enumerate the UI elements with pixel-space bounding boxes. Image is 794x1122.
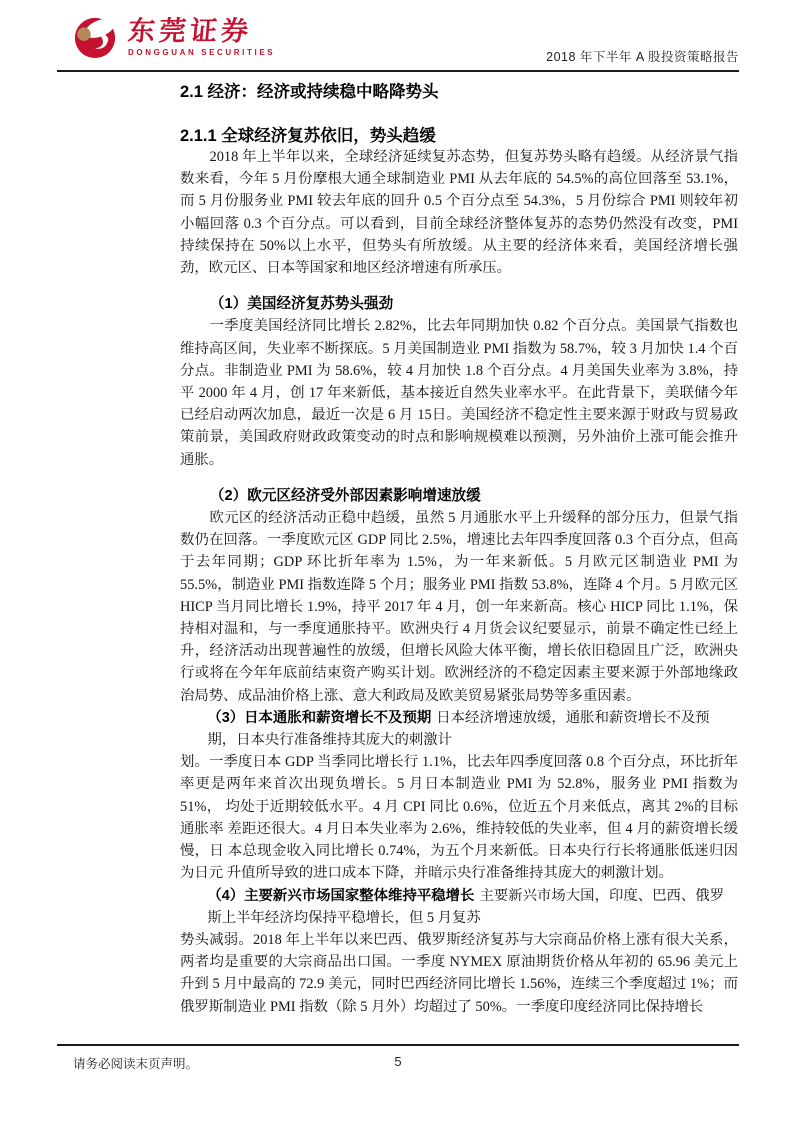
company-logo: 东莞证券 DONGGUAN SECURITIES: [71, 14, 275, 60]
point-3-lead-text: 日本经济增速放缓，通胀和薪资增长不及预: [436, 710, 709, 726]
dongguan-logo-icon: [71, 14, 119, 60]
page-number: 5: [57, 1054, 739, 1069]
point-3-heading: （3）日本通胀和薪资增长不及预期: [207, 710, 431, 726]
point-3-carryover-line: 期，日本央行准备维持其庞大的刺激计: [180, 729, 738, 751]
section-heading: 2.1 经济：经济或持续稳中略降势头: [180, 78, 738, 102]
point-4-heading: （4）主要新兴市场国家整体维持平稳增长: [207, 888, 474, 904]
point-3-paragraph: 划。一季度日本 GDP 当季同比增长行 1.1%，比去年四季度回落 0.8 个百…: [180, 751, 738, 884]
point-1-paragraph: 一季度美国经济同比增长 2.82%，比去年同期加快 0.82 个百分点。美国景气…: [180, 315, 738, 470]
point-2-heading: （2）欧元区经济受外部因素影响增速放缓: [180, 485, 738, 507]
point-3-heading-line: （3）日本通胀和薪资增长不及预期日本经济增速放缓，通胀和薪资增长不及预: [180, 707, 738, 729]
logo-text: 东莞证券 DONGGUAN SECURITIES: [128, 18, 275, 57]
report-title: 2018 年下半年 A 股投资策略报告: [546, 47, 739, 65]
page-footer: 请务必阅读末页声明。 5: [57, 1044, 739, 1076]
report-content: 2.1 经济：经济或持续稳中略降势头 2.1.1 全球经济复苏依旧，势头趋缓 2…: [180, 78, 738, 1018]
report-page: 东莞证券 DONGGUAN SECURITIES 2018 年下半年 A 股投资…: [0, 0, 794, 1122]
logo-chinese-name: 东莞证券: [127, 18, 277, 45]
point-1-heading: （1）美国经济复苏势头强劲: [180, 293, 738, 315]
subsection-heading: 2.1.1 全球经济复苏依旧，势头趋缓: [180, 122, 738, 146]
point-4-carryover-line: 斯上半年经济均保持平稳增长，但 5 月复苏: [180, 907, 738, 929]
page-header: 东莞证券 DONGGUAN SECURITIES 2018 年下半年 A 股投资…: [57, 12, 739, 72]
point-4-heading-line: （4）主要新兴市场国家整体维持平稳增长主要新兴市场大国，印度、巴西、俄罗: [180, 885, 738, 907]
logo-english-name: DONGGUAN SECURITIES: [128, 49, 275, 57]
point-2-paragraph: 欧元区的经济活动正稳中趋缓，虽然 5 月通胀水平上升缓释的部分压力，但景气指数仍…: [180, 507, 738, 707]
intro-paragraph: 2018 年上半年以来，全球经济延续复苏态势，但复苏势头略有趋缓。从经济景气指数…: [180, 146, 738, 279]
point-4-lead-text: 主要新兴市场大国，印度、巴西、俄罗: [479, 888, 724, 904]
point-4-paragraph: 势头减弱。2018 年上半年以来巴西、俄罗斯经济复苏与大宗商品价格上涨有很大关系…: [180, 929, 738, 1018]
